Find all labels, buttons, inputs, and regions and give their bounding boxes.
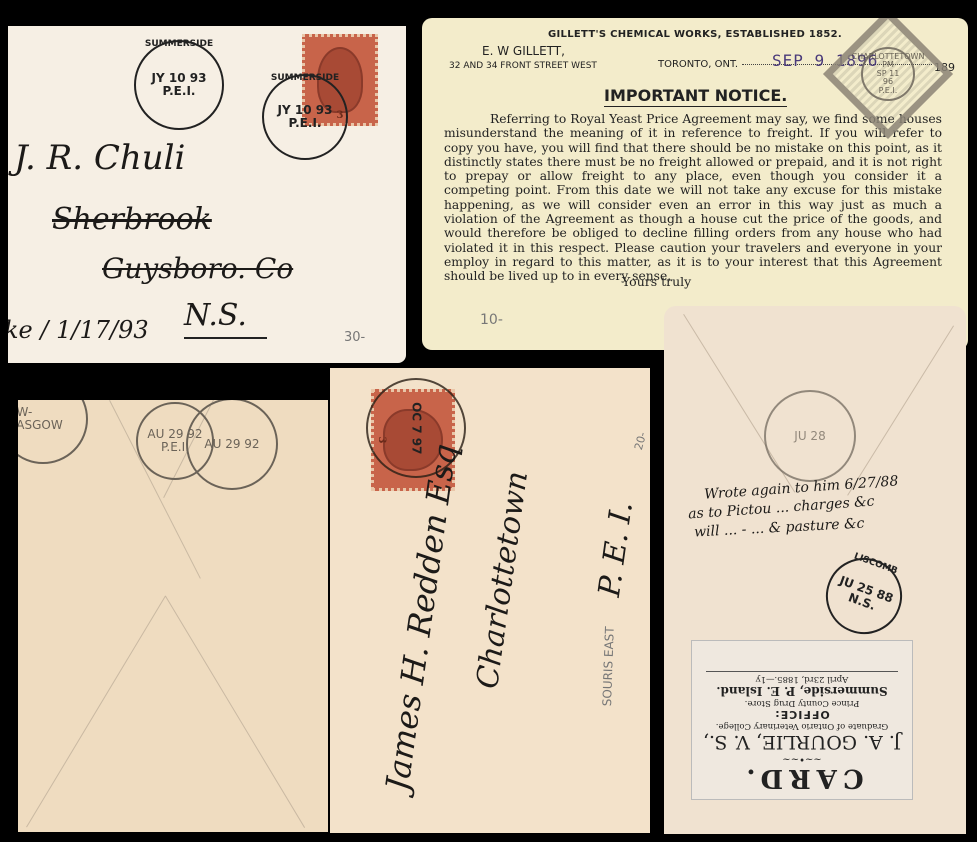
gillett-notice-card: GILLETT'S CHEMICAL WORKS, ESTABLISHED 18…: [422, 18, 968, 350]
receiver-postmark: JU 28: [764, 390, 856, 482]
card-place: Summerside, P. E. Island.: [698, 684, 906, 698]
liscomb-postmark: LISCOMB JU 25 88 N.S.: [815, 547, 912, 644]
address-line-3: P. E. I.: [592, 499, 640, 598]
address-line-1: J. R. Chuli: [14, 138, 185, 178]
pencil-price: 30-: [344, 330, 365, 345]
docketing-note: ke / 1/17/93: [8, 316, 149, 344]
sender-name: E. W GILLETT,: [482, 44, 565, 58]
closing: Yours truly: [622, 274, 691, 289]
address-line-2: Sherbrook: [52, 202, 212, 237]
card-credential: Graduate of Ontario Veterinary College.: [698, 721, 906, 731]
flap-fold: [26, 595, 166, 827]
new-glasgow-postmark: NEW-GLASGOW: [18, 400, 88, 464]
pencil-price: 20-: [632, 431, 649, 452]
address-line-4: N.S.: [184, 298, 267, 339]
address-line-3: Guysboro. Co: [102, 252, 293, 285]
notice-body: Referring to Royal Yeast Price Agreement…: [444, 112, 942, 284]
gourlie-printed-card: CARD. ~~•~~ J. A. GOURLIE, V. S., Gradua…: [691, 640, 913, 800]
sender-city: TORONTO, ONT.: [658, 59, 738, 70]
pencil-origin-note: SOURIS EAST: [600, 626, 617, 706]
envelope-top-left: SUMMERSIDE JY 10 93 P.E.I. 3 SUMMERSIDE …: [8, 26, 406, 363]
envelope-back-bottom-left: NEW-GLASGOW AU 29 92 P.E.I. AU 29 92: [18, 400, 328, 832]
card-date: April 23rd, 1885.—1y: [698, 674, 906, 684]
address-line-2: Charlottetown: [470, 469, 535, 691]
card-name: J. A. GOURLIE, V. S.,: [698, 731, 906, 753]
card-title: CARD.: [698, 763, 906, 793]
south-postmark: AU 29 92: [186, 400, 278, 490]
notice-title: IMPORTANT NOTICE.: [604, 86, 787, 107]
pencil-price: 10-: [480, 312, 503, 328]
envelope-back-right: JU 28 Wrote again to him 6/27/88 as to P…: [664, 306, 966, 834]
card-store: Prince County Drug Store.: [698, 698, 906, 708]
ornament: ~~•~~: [698, 753, 906, 763]
summerside-postmark: SUMMERSIDE JY 10 93 P.E.I.: [134, 40, 224, 130]
flap-fold: [165, 596, 305, 828]
card-office-label: OFFICE:: [698, 708, 906, 721]
summerside-postmark-tying-stamp: SUMMERSIDE JY 10 93 P.E.I.: [262, 74, 348, 160]
address-line-1: James H. Redden Esq: [378, 441, 464, 793]
envelope-middle: 3 OC 7 97 James H. Redden Esq Charlottet…: [330, 368, 650, 833]
card-rule: [706, 671, 898, 672]
sender-address: 32 AND 34 FRONT STREET WEST: [449, 61, 597, 71]
flap-fold: [847, 325, 954, 495]
